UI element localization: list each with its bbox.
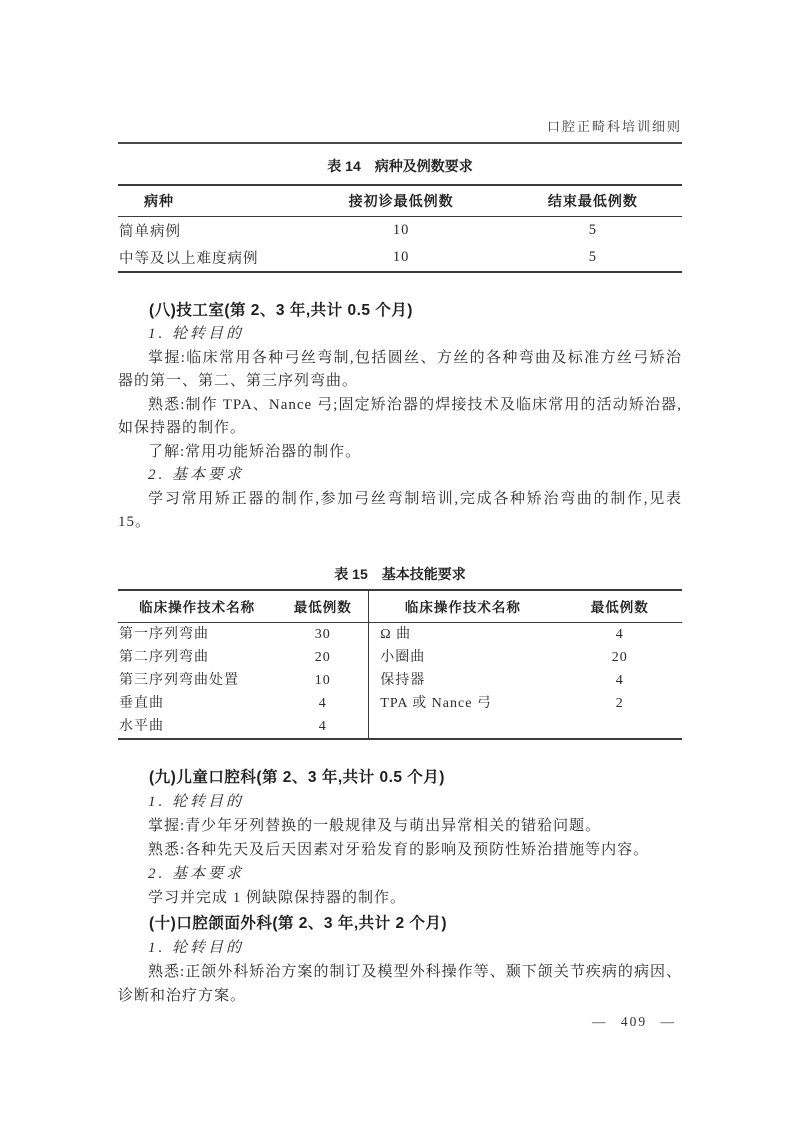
table15-header-row: 临床操作技术名称 最低例数 临床操作技术名称 最低例数 xyxy=(118,590,682,623)
section-9-para-familiar: 熟悉:各种先天及后天因素对牙𬌗发育的影响及预防性矫治措施等内容。 xyxy=(118,838,682,862)
table-row: 中等及以上难度病例 10 5 xyxy=(118,244,682,272)
section-8-para-requirement: 学习常用矫正器的制作,参加弓丝弯制培训,完成各种矫治弯曲的制作,见表 15。 xyxy=(118,488,682,535)
table14-caption-title: 病种及例数要求 xyxy=(375,158,473,174)
table-cell: 10 xyxy=(299,217,504,245)
table15-caption-label: 表 15 xyxy=(334,566,367,582)
table14-header-initial-min: 接初诊最低例数 xyxy=(299,185,504,217)
table-cell: 2 xyxy=(557,692,682,715)
table-cell: 30 xyxy=(277,622,369,646)
table-cell: 20 xyxy=(277,646,369,669)
section-8-item-2: 2. 基本要求 xyxy=(118,464,682,488)
table-row: 第一序列弯曲 30 Ω 曲 4 xyxy=(118,622,682,646)
section-10-item-1: 1. 轮转目的 xyxy=(118,936,682,960)
table-row: 水平曲 4 xyxy=(118,715,682,739)
table-cell: 20 xyxy=(557,646,682,669)
table14-caption: 表 14病种及例数要求 xyxy=(118,157,682,175)
table-cell: 第三序列弯曲处置 xyxy=(118,669,277,692)
table14-header-row: 病种 接初诊最低例数 结束最低例数 xyxy=(118,185,682,217)
section-8: (八)技工室(第 2、3 年,共计 0.5 个月) 1. 轮转目的 掌握:临床常… xyxy=(118,299,682,535)
section-10-para-familiar: 熟悉:正颌外科矫治方案的制订及模型外科操作等、颞下颌关节疾病的病因、诊断和治疗方… xyxy=(118,960,682,1008)
table15-caption: 表 15基本技能要求 xyxy=(118,565,682,583)
table15-header-skill-left: 临床操作技术名称 xyxy=(118,590,277,623)
section-9-para-grasp: 掌握:青少年牙列替换的一般规律及与萌出异常相关的错𬌗问题。 xyxy=(118,814,682,838)
table14-header-disease: 病种 xyxy=(118,185,299,217)
running-head: 口腔正畸科培训细则 xyxy=(118,0,682,144)
table-row: 垂直曲 4 TPA 或 Nance 弓 2 xyxy=(118,692,682,715)
page-content: 口腔正畸科培训细则 表 14病种及例数要求 病种 接初诊最低例数 结束最低例数 … xyxy=(118,0,682,1030)
table15-header-min-left: 最低例数 xyxy=(277,590,369,623)
section-10: (十)口腔颌面外科(第 2、3 年,共计 2 个月) 1. 轮转目的 熟悉:正颌… xyxy=(118,912,682,1008)
table-row: 简单病例 10 5 xyxy=(118,217,682,245)
section-10-heading: (十)口腔颌面外科(第 2、3 年,共计 2 个月) xyxy=(118,912,682,936)
table-cell: 10 xyxy=(277,669,369,692)
section-8-para-grasp: 掌握:临床常用各种弓丝弯制,包括圆丝、方丝的各种弯曲及标准方丝弓矫治器的第一、第… xyxy=(118,347,682,394)
running-head-title: 口腔正畸科培训细则 xyxy=(547,119,682,134)
section-8-para-familiar: 熟悉:制作 TPA、Nance 弓;固定矫治器的焊接技术及临床常用的活动矫治器,… xyxy=(118,394,682,441)
table15-header-min-right: 最低例数 xyxy=(557,590,682,623)
table-cell: 4 xyxy=(557,669,682,692)
section-9: (九)儿童口腔科(第 2、3 年,共计 0.5 个月) 1. 轮转目的 掌握:青… xyxy=(118,766,682,910)
section-9-item-1: 1. 轮转目的 xyxy=(118,790,682,814)
table-cell: 4 xyxy=(277,692,369,715)
table-cell: Ω 曲 xyxy=(369,622,558,646)
table-cell: TPA 或 Nance 弓 xyxy=(369,692,558,715)
table-cell: 中等及以上难度病例 xyxy=(118,244,299,272)
table-cell: 5 xyxy=(504,244,682,272)
table-cell: 5 xyxy=(504,217,682,245)
table-cell xyxy=(369,715,558,739)
table-row: 第二序列弯曲 20 小圈曲 20 xyxy=(118,646,682,669)
table-cell: 4 xyxy=(557,622,682,646)
table-cell: 保持器 xyxy=(369,669,558,692)
table-cell: 垂直曲 xyxy=(118,692,277,715)
section-9-heading: (九)儿童口腔科(第 2、3 年,共计 0.5 个月) xyxy=(118,766,682,790)
table-cell: 水平曲 xyxy=(118,715,277,739)
table-cell: 小圈曲 xyxy=(369,646,558,669)
table-cell: 4 xyxy=(277,715,369,739)
section-9-para-requirement: 学习并完成 1 例缺隙保持器的制作。 xyxy=(118,886,682,910)
document-page: 口腔正畸科培训细则 表 14病种及例数要求 病种 接初诊最低例数 结束最低例数 … xyxy=(0,0,800,1131)
table15: 临床操作技术名称 最低例数 临床操作技术名称 最低例数 第一序列弯曲 30 Ω … xyxy=(118,589,682,740)
table-cell: 第一序列弯曲 xyxy=(118,622,277,646)
table15-caption-title: 基本技能要求 xyxy=(382,566,466,582)
page-number: — 409 — xyxy=(118,1014,682,1030)
table-row: 第三序列弯曲处置 10 保持器 4 xyxy=(118,669,682,692)
section-9-item-2: 2. 基本要求 xyxy=(118,862,682,886)
table14: 病种 接初诊最低例数 结束最低例数 简单病例 10 5 中等及以上难度病例 10… xyxy=(118,184,682,273)
table-cell: 第二序列弯曲 xyxy=(118,646,277,669)
table-cell: 简单病例 xyxy=(118,217,299,245)
table14-caption-label: 表 14 xyxy=(327,158,360,174)
section-8-item-1: 1. 轮转目的 xyxy=(118,323,682,347)
section-8-heading: (八)技工室(第 2、3 年,共计 0.5 个月) xyxy=(118,299,682,323)
table15-header-skill-right: 临床操作技术名称 xyxy=(369,590,558,623)
table-cell: 10 xyxy=(299,244,504,272)
table-cell xyxy=(557,715,682,739)
table14-header-finish-min: 结束最低例数 xyxy=(504,185,682,217)
section-8-para-know: 了解:常用功能矫治器的制作。 xyxy=(118,441,682,465)
